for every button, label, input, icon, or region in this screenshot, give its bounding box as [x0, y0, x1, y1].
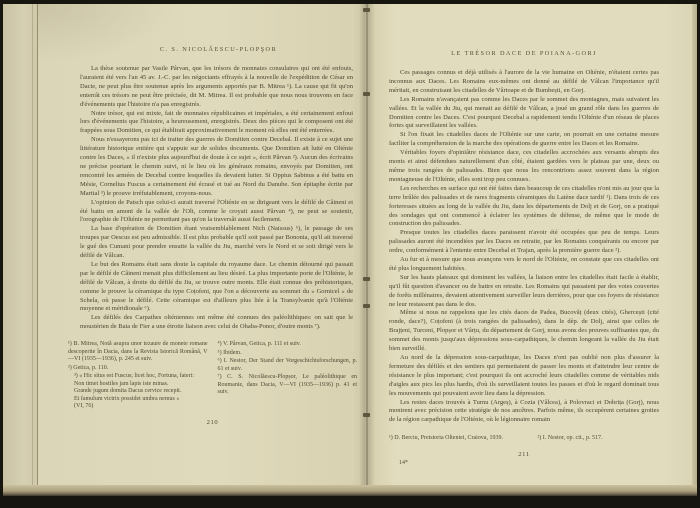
page-edge-line — [32, 4, 33, 496]
binding-stitch — [363, 277, 370, 281]
footnote-verse: ³) « Hic situs est Fuscus; licet hoc, Fo… — [68, 373, 208, 411]
footnote: ²) Getica, p. 110. — [68, 365, 208, 373]
paragraph: L'opinion de Patsch que celui-ci aurait … — [80, 199, 353, 226]
page-bottom-edge — [3, 485, 697, 496]
paragraph: Même si nous ne rappelons que les cités … — [389, 309, 659, 354]
left-page-content: C. S. NICOLĂESCU-PLOPŞOR La thèse souten… — [68, 46, 357, 426]
binding-stitch — [363, 413, 370, 417]
paragraph: Sur les hauts plateaux qui dominent les … — [389, 274, 659, 310]
footnote: ⁷) C. S. Nicolăescu-Plopșor, Le paléolit… — [218, 374, 358, 397]
binding-stitch — [363, 304, 370, 308]
paragraph: Si l'on fixait les citadelles daces de l… — [389, 131, 659, 149]
footnote-column-2: ⁴) V. Pârvan, Getica, p. 111 et suiv. ⁵)… — [218, 341, 358, 412]
right-page-content: LE TRÉSOR DACE DE POIANA-GORJ Ces passag… — [389, 50, 659, 466]
gutter-shadow — [359, 4, 375, 496]
right-page-number: 211 — [389, 451, 659, 458]
left-footnotes: ¹) B. Mitrea, Notă asupra unor tezaure d… — [68, 341, 357, 412]
gutter-line — [366, 4, 367, 496]
left-body-text: La thèse soutenue par Vasile Pârvan, que… — [80, 65, 353, 332]
left-running-head: C. S. NICOLĂESCU-PLOPŞOR — [80, 46, 357, 53]
footnote-column-1: ¹) B. Mitrea, Notă asupra unor tezaure d… — [68, 341, 208, 412]
binding-stitch — [363, 92, 370, 96]
right-footnotes: ¹) D. Berciu, Preistoria Olteniei, Craio… — [389, 435, 659, 444]
paragraph: Les recherches en surface qui ont été fa… — [389, 185, 659, 230]
paragraph: Notre trésor, qui est mixte, fait de mon… — [80, 110, 353, 137]
left-page-number: 210 — [68, 419, 357, 426]
paragraph: Au fur et à mesure que nous avançons ver… — [389, 256, 659, 274]
right-body-text: Ces passages connus et déjà utilisés à l… — [389, 69, 659, 425]
paragraph: Presque toutes les citadelles daces para… — [389, 229, 659, 256]
footnote: ⁵) Ibidem. — [218, 350, 358, 358]
paragraph: Les restes daces trouvés à Turnu (Argeș)… — [389, 399, 659, 426]
right-running-head: LE TRÉSOR DACE DE POIANA-GORJ — [389, 50, 659, 57]
paragraph: Ces passages connus et déjà utilisés à l… — [389, 69, 659, 96]
paragraph: Véritables foyers d'opiniâtre résistance… — [389, 149, 659, 185]
page-right-edge — [692, 4, 697, 496]
left-page-edge-stack — [3, 4, 38, 496]
paragraph: Les défilés des Carpathes olténiennes on… — [80, 314, 353, 332]
footnote: ¹) D. Berciu, Preistoria Olteniei, Craio… — [389, 435, 538, 443]
paragraph: La base d'opération de Domitien étant vr… — [80, 225, 353, 261]
footnote: ⁴) V. Pârvan, Getica, p. 111 et suiv. — [218, 341, 358, 349]
footnote: ¹) B. Mitrea, Notă asupra unor tezaure d… — [68, 341, 208, 364]
footnote: ²) I. Nestor, op. cit., p. 517. — [538, 435, 660, 443]
signature-mark: 14* — [399, 460, 659, 466]
paragraph: Au nord de la dépression sous-carpathiqu… — [389, 354, 659, 399]
book-spread: C. S. NICOLĂESCU-PLOPŞOR La thèse souten… — [3, 4, 697, 496]
binding-stitch — [363, 8, 370, 12]
scanned-book-photo: C. S. NICOLĂESCU-PLOPŞOR La thèse souten… — [0, 0, 700, 508]
paragraph: La thèse soutenue par Vasile Pârvan, que… — [80, 65, 353, 110]
paragraph: Nous n'essayerons pas ici de traiter des… — [80, 136, 353, 198]
paragraph: Les Romains n'avançaient pas comme les D… — [389, 96, 659, 132]
paragraph: Le but des Romains était sans doute la c… — [80, 261, 353, 314]
footnote: ⁶) I. Nestor, Der Stand der Vorgeschicht… — [218, 358, 358, 373]
